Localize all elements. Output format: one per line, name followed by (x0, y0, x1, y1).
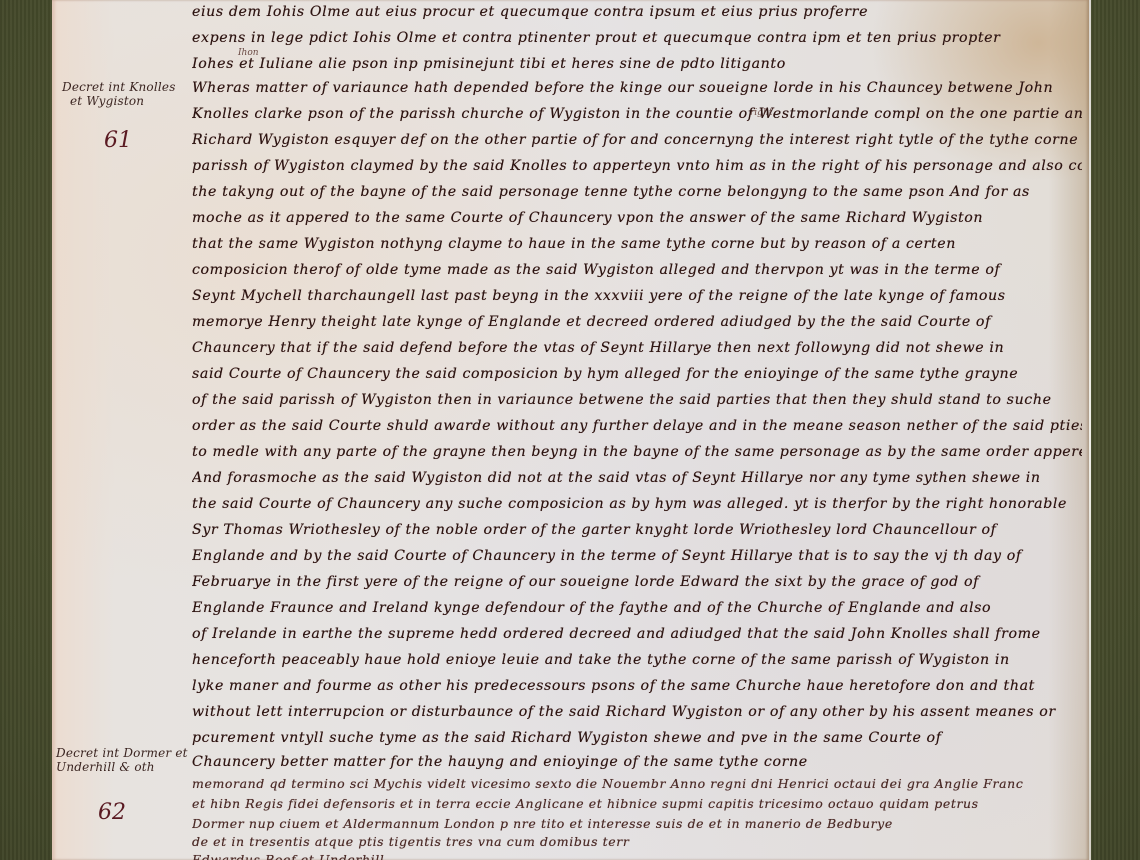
text-line: Englande and by the said Courte of Chaun… (192, 548, 1082, 564)
margin-note-line: Decret int Dormer et (56, 746, 188, 760)
text-line: lyke maner and fourme as other his prede… (192, 678, 1082, 694)
text-line: the said Courte of Chauncery any suche c… (192, 496, 1082, 512)
margin-note-line: Decret int Knolles (62, 80, 176, 94)
text-line: Februarye in the first yere of the reign… (192, 574, 1082, 590)
text-line: Edwardus Boef et Underhill (192, 852, 1082, 860)
text-line: said Courte of Chauncery the said compos… (192, 366, 1082, 382)
text-line: eius dem Iohis Olme aut eius procur et q… (192, 4, 1082, 20)
text-line: Richard Wygiston esquyer def on the othe… (192, 132, 1082, 148)
text-line: Seynt Mychell tharchaungell last past be… (192, 288, 1082, 304)
text-line: henceforth peaceably haue hold enioye le… (192, 652, 1082, 668)
text-line: de et in tresentis atque ptis tigentis t… (192, 834, 1082, 849)
text-line: Wheras matter of variaunce hath depended… (192, 80, 1082, 96)
margin-note-61: Decret int Knolles et Wygiston (62, 80, 176, 108)
text-line: Chauncery that if the said defend before… (192, 340, 1082, 356)
text-line: of the said parissh of Wygiston then in … (192, 392, 1082, 408)
folio-number-61: 61 (104, 128, 132, 153)
text-line: to medle with any parte of the grayne th… (192, 444, 1082, 460)
text-line: of Irelande in earthe the supreme hedd o… (192, 626, 1082, 642)
margin-note-62: Decret int Dormer et Underhill & oth (56, 746, 188, 774)
margin-note-line: et Wygiston (62, 94, 176, 108)
text-line: Iohes et Iuliane alie pson inp pmisineju… (192, 56, 1082, 72)
text-line: Dormer nup ciuem et Aldermannum London p… (192, 816, 1082, 831)
text-line: Englande Fraunce and Ireland kynge defen… (192, 600, 1082, 616)
text-line: order as the said Courte shuld awarde wi… (192, 418, 1082, 434)
text-line: moche as it appered to the same Courte o… (192, 210, 1082, 226)
text-line: composicion therof of olde tyme made as … (192, 262, 1082, 278)
text-line: memorand qd termino sci Mychis videlt vi… (192, 776, 1082, 791)
folio-edge (1089, 0, 1091, 860)
text-line: And forasmoche as the said Wygiston did … (192, 470, 1082, 486)
text-line: Chauncery better matter for the hauyng a… (192, 754, 1082, 770)
text-line: without lett interrupcion or disturbaunc… (192, 704, 1082, 720)
text-line: expens in lege pdict Iohis Olme et contr… (192, 30, 1082, 46)
text-line: Knolles clarke pson of the parissh churc… (192, 106, 1082, 122)
text-line: parissh of Wygiston claymed by the said … (192, 158, 1082, 174)
margin-note-line: Underhill & oth (56, 760, 188, 774)
text-line: that the same Wygiston nothyng clayme to… (192, 236, 1082, 252)
text-line: Syr Thomas Wriothesley of the noble orde… (192, 522, 1082, 538)
text-line: pcurement vntyll suche tyme as the said … (192, 730, 1082, 746)
text-line: the takyng out of the bayne of the said … (192, 184, 1082, 200)
folio-number-62: 62 (98, 800, 126, 825)
text-line: memorye Henry theight late kynge of Engl… (192, 314, 1082, 330)
text-line: et hibn Regis fidei defensoris et in ter… (192, 796, 1082, 811)
